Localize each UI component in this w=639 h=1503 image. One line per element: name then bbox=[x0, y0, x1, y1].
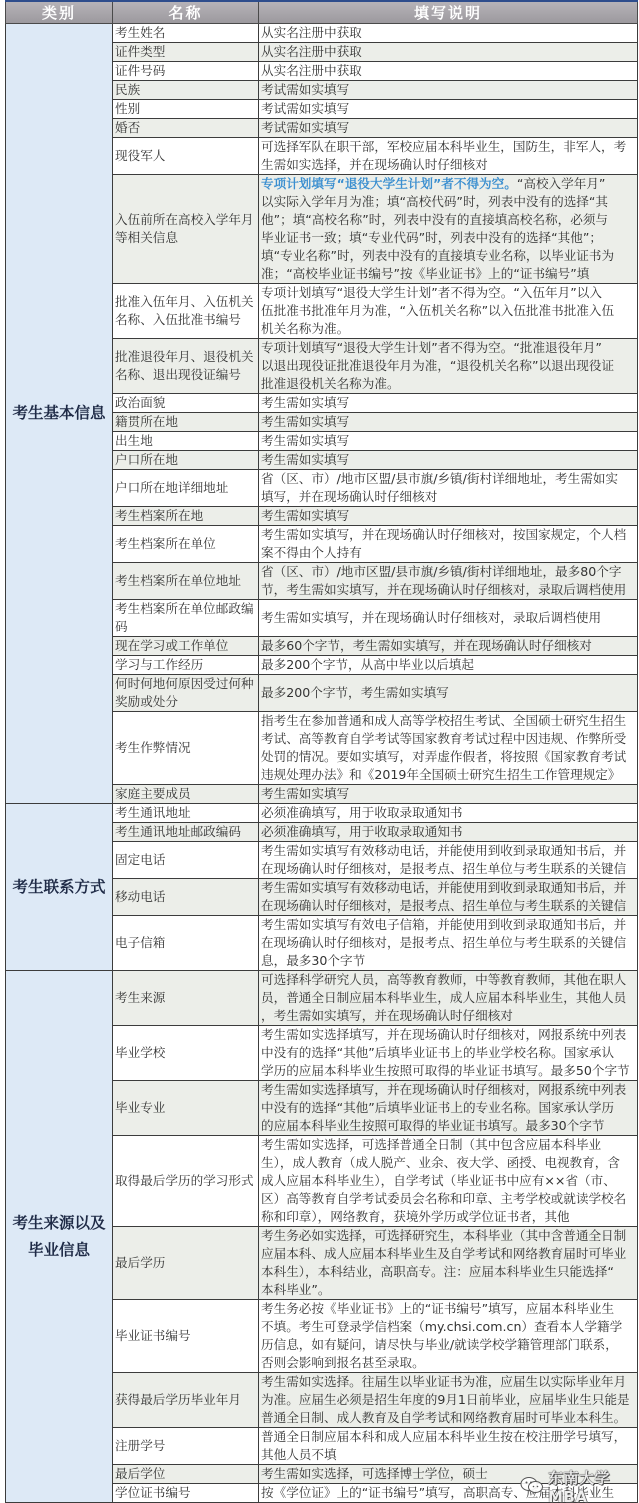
field-name: 现在学习或工作单位 bbox=[113, 637, 259, 656]
field-description: 可选择科学研究人员，高等教育教师，中等教育教师，其他在职人 员，普通全日制应届本… bbox=[259, 971, 638, 1026]
field-description: 考生务必如实选择，可选择研究生，本科毕业（其中含普通全日制 应届本科、成人应届本… bbox=[259, 1227, 638, 1300]
description-text: “高校入学年月” 以实际入学年月为准；填“高校代码”时，列表中没有的选择“其 他… bbox=[261, 176, 614, 281]
field-description: 专项计划填写“退役大学生计划”者不得为空。“入伍年月”以入 伍批准书批准年月为准… bbox=[259, 284, 638, 339]
field-name: 获得最后学历毕业年月 bbox=[113, 1373, 259, 1428]
field-name: 固定电话 bbox=[113, 842, 259, 879]
field-description: 考生需如实选择，可选择普通全日制（其中包含应届本科毕业 生），成人教育（成人脱产… bbox=[259, 1136, 638, 1227]
field-description: 考生需如实填写 bbox=[259, 507, 638, 526]
field-description: 省（区、市）/地市区盟/县市旗/乡镇/街村详细地址，最多80个字 节，考生需如实… bbox=[259, 563, 638, 600]
field-description: 考生需如实填写 bbox=[259, 432, 638, 451]
field-description: 考生需如实选择填写，并在现场确认时仔细核对，网报系统中列表 中没有的选择“其他”… bbox=[259, 1081, 638, 1136]
registration-fields-table: 类别 名称 填写说明 考生基本信息 考生姓名 从实名注册中获取 证件类型 从实名… bbox=[5, 0, 638, 1503]
field-name: 户口所在地详细地址 bbox=[113, 470, 259, 507]
field-name: 证件号码 bbox=[113, 62, 259, 81]
highlighted-note: 专项计划填写“退役大学生计划”者不得为空。 bbox=[261, 176, 517, 191]
header-name: 名称 bbox=[113, 1, 259, 24]
category-cell-basic-info: 考生基本信息 bbox=[6, 24, 113, 804]
category-cell-source-graduation: 考生来源以及 毕业信息 bbox=[6, 971, 113, 1503]
field-name: 毕业学校 bbox=[113, 1026, 259, 1081]
field-name: 现役军人 bbox=[113, 138, 259, 175]
field-name: 何时何地何原因受过何种 奖励或处分 bbox=[113, 675, 259, 712]
field-description: 考生需如实填写 bbox=[259, 785, 638, 804]
field-name: 考生作弊情况 bbox=[113, 712, 259, 785]
field-name: 最后学位 bbox=[113, 1465, 259, 1484]
field-name: 注册学号 bbox=[113, 1428, 259, 1465]
field-name: 考生档案所在地 bbox=[113, 507, 259, 526]
field-description: 可选择军队在职干部，军校应届本科毕业生，国防生，非军人，考 生需如实选择，并在现… bbox=[259, 138, 638, 175]
field-name: 考生档案所在单位 bbox=[113, 526, 259, 563]
table-row: 考生基本信息 考生姓名 从实名注册中获取 bbox=[6, 24, 638, 43]
field-description: 考生需如实填写，并在现场确认时仔细核对，按国家规定，个人档 案不得由个人持有 bbox=[259, 526, 638, 563]
field-description: 考生需如实填写 bbox=[259, 451, 638, 470]
field-description: 必须准确填写，用于收取录取通知书 bbox=[259, 823, 638, 842]
table-header-row: 类别 名称 填写说明 bbox=[6, 1, 638, 24]
field-description: 专项计划填写“退役大学生计划”者不得为空。“批准退役年月” 以退出现役证批准退役… bbox=[259, 339, 638, 394]
field-name: 毕业专业 bbox=[113, 1081, 259, 1136]
field-name: 移动电话 bbox=[113, 879, 259, 916]
field-description: 按《学位证》上的“证书编号”填写，高职高专、应届本科毕业生 bbox=[259, 1484, 638, 1503]
field-description: 最多200个字节，考生需如实填写 bbox=[259, 675, 638, 712]
field-description: 专项计划填写“退役大学生计划”者不得为空。“高校入学年月” 以实际入学年月为准；… bbox=[259, 175, 638, 284]
field-description: 考生需如实填写有效移动电话，并能使用到收到录取通知书后，并 在现场确认时仔细核对… bbox=[259, 879, 638, 916]
field-description: 考试需如实填写 bbox=[259, 119, 638, 138]
field-name: 批准入伍年月、入伍机关 名称、入伍批准书编号 bbox=[113, 284, 259, 339]
table-row: 考生联系方式 考生通讯地址 必须准确填写，用于收取录取通知书 bbox=[6, 804, 638, 823]
field-description: 考生需如实填写 bbox=[259, 394, 638, 413]
field-description: 考生需如实填写有效电子信箱，并能使用到收到录取通知书后，并 在现场确认时仔细核对… bbox=[259, 916, 638, 971]
field-name: 民族 bbox=[113, 81, 259, 100]
field-description: 普通全日制应届本科和成人应届本科毕业生按在校注册学号填写， 其他人员不填 bbox=[259, 1428, 638, 1465]
field-name: 电子信箱 bbox=[113, 916, 259, 971]
field-description: 考生需如实选择，可选择博士学位，硕士 bbox=[259, 1465, 638, 1484]
field-name: 学位证书编号 bbox=[113, 1484, 259, 1503]
field-name: 籍贯所在地 bbox=[113, 413, 259, 432]
field-name: 最后学历 bbox=[113, 1227, 259, 1300]
field-description: 从实名注册中获取 bbox=[259, 43, 638, 62]
field-name: 学习与工作经历 bbox=[113, 656, 259, 675]
field-description: 考生需如实填写 bbox=[259, 413, 638, 432]
field-name: 出生地 bbox=[113, 432, 259, 451]
field-description: 考试需如实填写 bbox=[259, 100, 638, 119]
field-description: 考试需如实填写 bbox=[259, 81, 638, 100]
field-description: 考生需如实填写，并在现场确认时仔细核对，录取后调档使用 bbox=[259, 600, 638, 637]
field-name: 性别 bbox=[113, 100, 259, 119]
field-description: 从实名注册中获取 bbox=[259, 24, 638, 43]
field-name: 考生通讯地址 bbox=[113, 804, 259, 823]
header-category: 类别 bbox=[6, 1, 113, 24]
field-name: 证件类型 bbox=[113, 43, 259, 62]
field-name: 考生来源 bbox=[113, 971, 259, 1026]
field-description: 指考生在参加普通和成人高等学校招生考试、全国硕士研究生招生 考试、高等教育自学考… bbox=[259, 712, 638, 785]
field-description: 省（区、市）/地市区盟/县市旗/乡镇/街村详细地址，考生需如实 填写，并在现场确… bbox=[259, 470, 638, 507]
field-description: 考生需如实填写有效移动电话，并能使用到收到录取通知书后，并 在现场确认时仔细核对… bbox=[259, 842, 638, 879]
field-name: 户口所在地 bbox=[113, 451, 259, 470]
field-description: 考生需如实选择填写，并在现场确认时仔细核对，网报系统中列表 中没有的选择“其他”… bbox=[259, 1026, 638, 1081]
header-description: 填写说明 bbox=[259, 1, 638, 24]
field-name: 毕业证书编号 bbox=[113, 1300, 259, 1373]
field-description: 必须准确填写，用于收取录取通知书 bbox=[259, 804, 638, 823]
field-name: 考生档案所在单位地址 bbox=[113, 563, 259, 600]
category-cell-contact: 考生联系方式 bbox=[6, 804, 113, 971]
field-name: 考生档案所在单位邮政编 码 bbox=[113, 600, 259, 637]
field-description: 从实名注册中获取 bbox=[259, 62, 638, 81]
field-name: 家庭主要成员 bbox=[113, 785, 259, 804]
field-name: 婚否 bbox=[113, 119, 259, 138]
field-name: 批准退役年月、退役机关 名称、退出现役证编号 bbox=[113, 339, 259, 394]
field-name: 取得最后学历的学习形式 bbox=[113, 1136, 259, 1227]
field-description: 考生务必按《毕业证书》上的“证书编号”填写，应届本科毕业生 不填。考生可登录学信… bbox=[259, 1300, 638, 1373]
field-description: 最多60个字节，考生需如实填写，并在现场确认时仔细核对 bbox=[259, 637, 638, 656]
field-name: 考生姓名 bbox=[113, 24, 259, 43]
field-name: 考生通讯地址邮政编码 bbox=[113, 823, 259, 842]
field-description: 考生需如实选择。往届生以毕业证书为准，应届生以实际毕业年月 为准。应届生必须是招… bbox=[259, 1373, 638, 1428]
table-row: 考生来源以及 毕业信息 考生来源 可选择科学研究人员，高等教育教师，中等教育教师… bbox=[6, 971, 638, 1026]
field-name: 入伍前所在高校入学年月 等相关信息 bbox=[113, 175, 259, 284]
field-description: 最多200个字节，从高中毕业以后填起 bbox=[259, 656, 638, 675]
field-name: 政治面貌 bbox=[113, 394, 259, 413]
